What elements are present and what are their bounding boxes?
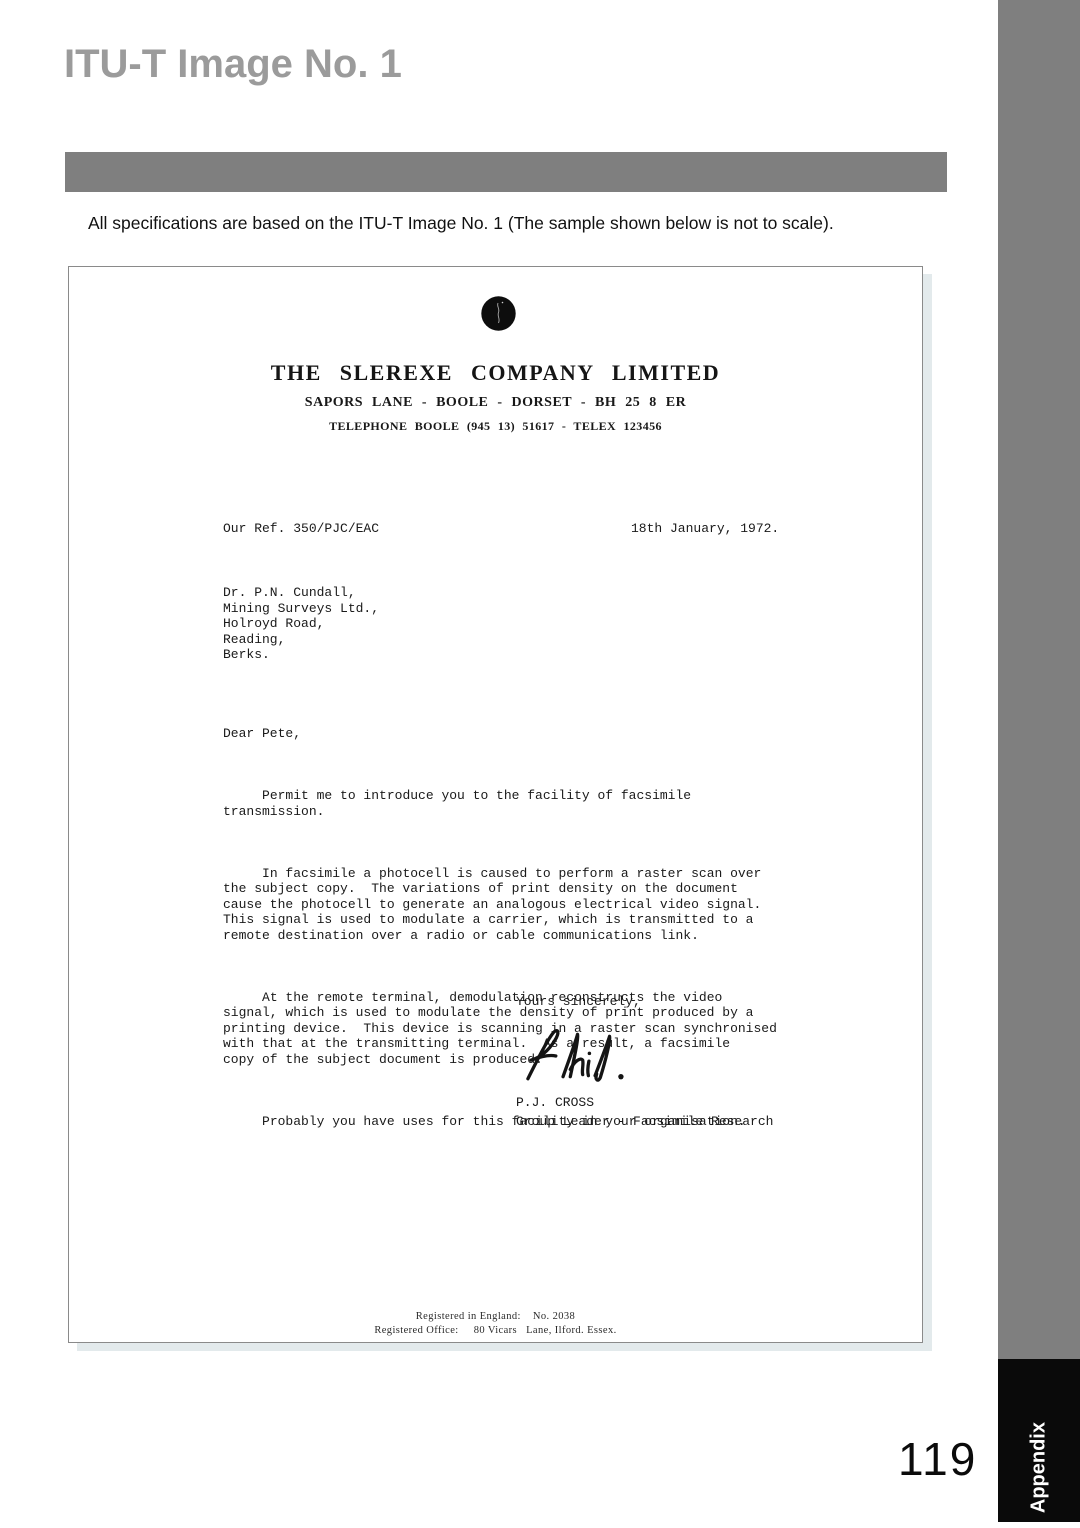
appendix-tab-label: Appendix <box>1028 1422 1051 1513</box>
salutation: Dear Pete, <box>223 726 833 742</box>
signature-phil <box>522 1025 632 1087</box>
signer-name: P.J. CROSS <box>516 1095 594 1111</box>
paragraph-1: Permit me to introduce you to the facili… <box>223 788 833 819</box>
appendix-tab: Appendix <box>998 1359 1080 1522</box>
itu-t-sample-letter: THE SLEREXE COMPANY LIMITED SAPORS LANE … <box>68 266 923 1343</box>
section-header-bar <box>65 152 947 192</box>
registered-footer: Registered in England: No. 2038 Register… <box>69 1310 922 1338</box>
page-number: 119 <box>898 1432 977 1486</box>
signer-title: Group Leader - Facsimile Research <box>516 1114 773 1130</box>
company-telephone: TELEPHONE BOOLE (945 13) 51617 - TELEX 1… <box>69 419 922 434</box>
registered-footer-line2: Registered Office: 80 Vicars Lane, Ilfor… <box>69 1324 922 1338</box>
closing: Yours sincerely, <box>516 994 641 1010</box>
recipient-address: Dr. P.N. Cundall, Mining Surveys Ltd., H… <box>223 585 379 663</box>
paragraph-2: In facsimile a photocell is caused to pe… <box>223 866 833 944</box>
registered-footer-line1: Registered in England: No. 2038 <box>69 1310 922 1324</box>
slerexe-company-logo-icon <box>481 296 516 331</box>
intro-text: All specifications are based on the ITU-… <box>88 213 834 234</box>
letter-date: 18th January, 1972. <box>631 521 779 537</box>
page-title: ITU-T Image No. 1 <box>64 42 402 87</box>
our-ref: Our Ref. 350/PJC/EAC <box>223 521 379 537</box>
company-name: THE SLEREXE COMPANY LIMITED <box>69 360 922 386</box>
sidebar-strip <box>998 0 1080 1359</box>
company-address: SAPORS LANE - BOOLE - DORSET - BH 25 8 E… <box>69 395 922 411</box>
